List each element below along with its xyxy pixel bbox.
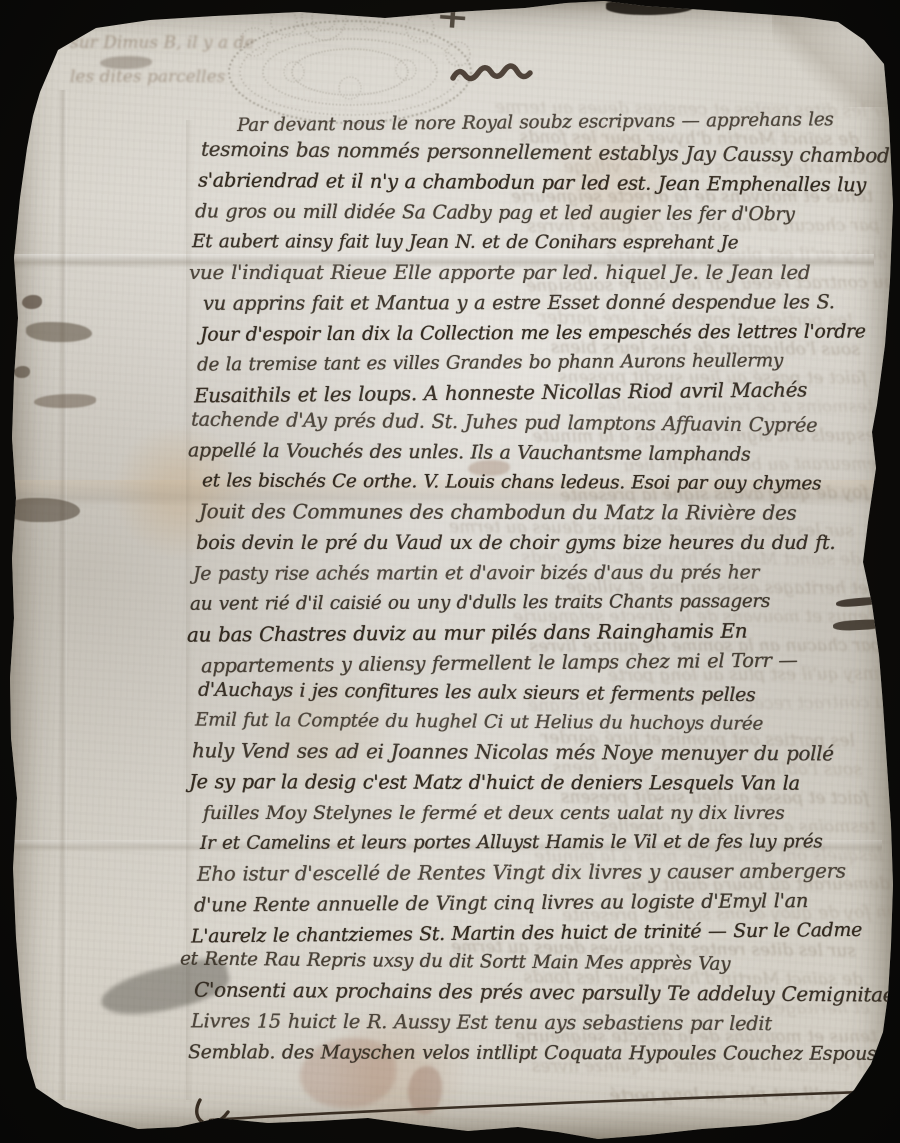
paper-sheet: sur les dites rentes et censives deues a…	[0, 0, 900, 1143]
cross-mark: +	[435, 0, 485, 35]
ink-blot	[14, 366, 30, 378]
corner-fold-shading	[772, 12, 892, 107]
manuscript-line: s'abriendrad et il n'y a chambodun par l…	[198, 165, 898, 200]
manuscript-line: vu apprins fait et Mantua y a estre Esse…	[203, 287, 900, 319]
top-edge-ink-mark	[606, 0, 694, 15]
manuscript-line: Et aubert ainsy fait luy Jean N. et de C…	[192, 227, 892, 259]
closing-paraph-line	[184, 1078, 900, 1136]
manuscript-line: du gros ou mill didée Sa Cadby pag et le…	[195, 196, 895, 229]
manuscript-line: Emil fut la Comptée du hughel Ci ut Heli…	[195, 705, 895, 740]
manuscript-line: huly Vend ses ad ei Joannes Nicolas més …	[192, 736, 892, 769]
ink-blot	[22, 295, 42, 309]
manuscript-line: Je sy par la desig c'est Matz d'huict de…	[189, 767, 889, 799]
manuscript-line: fuilles Moy Stelynes le fermé et deux ce…	[203, 798, 900, 828]
manuscript-line: et les bischés Ce orthe. V. Louis chans …	[202, 466, 900, 499]
manuscript-line: vue l'indiquat Rieue Elle apporte par le…	[189, 258, 889, 288]
faded-smudge	[100, 56, 152, 69]
manuscript-line: Semblab. des Mayschen velos intllipt Coq…	[188, 1037, 888, 1069]
ink-blot	[26, 322, 92, 342]
vertical-fold-crease	[58, 90, 67, 1100]
manuscript-line: appellé la Vouchés des unles. Ils a Vauc…	[188, 435, 888, 470]
manuscript-line: Jour d'espoir lan dix la Collection me l…	[200, 316, 900, 349]
manuscript-line: Ir et Camelins et leurs portes Alluyst H…	[200, 827, 900, 859]
zigzag-ink-stroke	[450, 62, 534, 92]
manuscript-line: C'onsenti aux prochains des prés avec pa…	[194, 975, 894, 1010]
ink-blot	[6, 498, 80, 522]
ink-blot	[34, 394, 96, 408]
manuscript-line: au vent rié d'il caisié ou uny d'dulls l…	[190, 586, 890, 619]
manuscript-line: Livres 15 huict le R. Aussy Est tenu ays…	[191, 1006, 891, 1039]
manuscript-scan: sur les dites rentes et censives deues a…	[0, 0, 900, 1143]
manuscript-line: bois devin le pré du Vaud ux de choir gy…	[196, 528, 896, 558]
manuscript-line: Jouit des Communes des chambodun du Matz…	[199, 497, 899, 529]
manuscript-line: Eho istur d'escellé de Rentes Vingt dix …	[197, 856, 897, 889]
manuscript-text: Par devant nous le nore Royal soubz escr…	[193, 108, 893, 1108]
manuscript-line: Je pasty rise achés martin et d'avoir bi…	[193, 557, 893, 589]
